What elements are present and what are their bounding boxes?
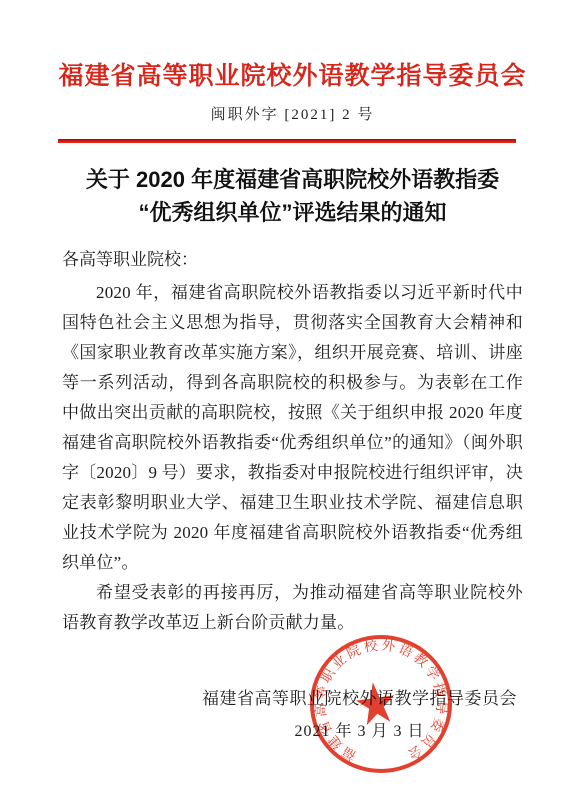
body-paragraph-1: 2020 年，福建省高职院校外语教指委以习近平新时代中国特色社会主义思想为指导，…: [62, 278, 523, 578]
notice-title-line2: “优秀组织单位”评选结果的通知: [30, 196, 555, 229]
closing-block: 福建省高等职业院校外语教学指导委员会 2021 年 3 月 3 日: [202, 686, 517, 744]
notice-title: 关于 2020 年度福建省高职院校外语教指委 “优秀组织单位”评选结果的通知: [30, 163, 555, 229]
notice-document: 福建省高等职业院校外语教学指导委员会 闽职外字 [2021] 2 号 关于 20…: [0, 0, 585, 812]
red-divider-line: [58, 139, 516, 143]
signature-org: 福建省高等职业院校外语教学指导委员会: [202, 686, 517, 712]
body-paragraph-2: 希望受表彰的再接再厉，为推动福建省高等职业院校外语教育教学改革迈上新台阶贡献力量…: [62, 578, 523, 638]
notice-title-line1: 关于 2020 年度福建省高职院校外语教指委: [30, 163, 555, 196]
issuing-org-title: 福建省高等职业院校外语教学指导委员会: [0, 0, 585, 92]
document-number: 闽职外字 [2021] 2 号: [0, 105, 585, 125]
salutation: 各高等职业院校：: [62, 248, 523, 272]
signature-date: 2021 年 3 月 3 日: [202, 720, 517, 744]
